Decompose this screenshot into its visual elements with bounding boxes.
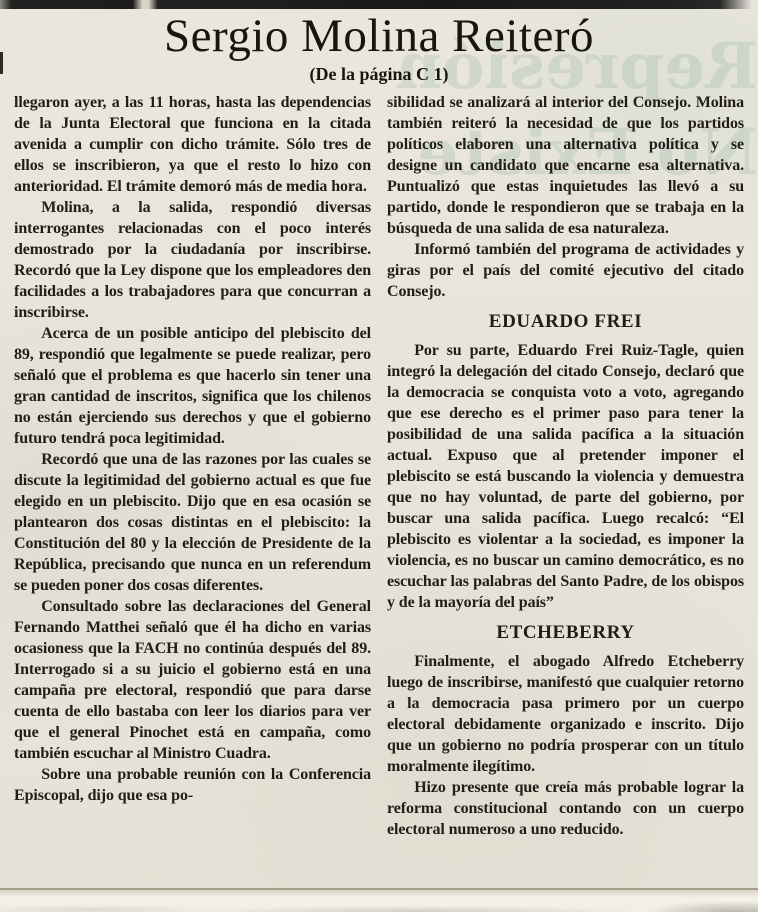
paragraph: llegaron ayer, a las 11 horas, hasta las… xyxy=(14,92,371,197)
paragraph: Sobre una probable reunión con la Confer… xyxy=(14,764,371,806)
paragraph: Por su parte, Eduardo Frei Ruiz-Tagle, q… xyxy=(387,340,744,613)
newspaper-clipping: Represión No Existe Sergio Molina Reiter… xyxy=(0,0,758,912)
paragraph: Consultado sobre las declaraciones del G… xyxy=(14,596,371,764)
paragraph: Hizo presente que creía más probable log… xyxy=(387,777,744,840)
masthead: Sergio Molina Reiteró (De la página C 1) xyxy=(0,12,758,85)
left-edge-mark xyxy=(0,52,3,74)
paragraph: Acerca de un posible anticipo del plebis… xyxy=(14,323,371,449)
page-subtitle: (De la página C 1) xyxy=(0,64,758,85)
paragraph: sibilidad se analizará al interior del C… xyxy=(387,92,744,239)
paragraph: Finalmente, el abogado Alfredo Etcheberr… xyxy=(387,651,744,777)
section-heading-etcheberry: ETCHEBERRY xyxy=(387,622,744,644)
paragraph: Molina, a la salida, respondió diversas … xyxy=(14,197,371,323)
article-column-left: llegaron ayer, a las 11 horas, hasta las… xyxy=(14,92,371,890)
section-heading-eduardo-frei: EDUARDO FREI xyxy=(387,311,744,333)
paragraph: Informó también del programa de activida… xyxy=(387,239,744,302)
article-column-right: sibilidad se analizará al interior del C… xyxy=(387,92,744,890)
page-title: Sergio Molina Reiteró xyxy=(0,12,758,61)
top-scan-edge-bar xyxy=(0,0,758,9)
article-body: llegaron ayer, a las 11 horas, hasta las… xyxy=(14,92,744,890)
paragraph: Recordó que una de las razones por las c… xyxy=(14,449,371,596)
torn-bottom-edge xyxy=(0,888,758,912)
